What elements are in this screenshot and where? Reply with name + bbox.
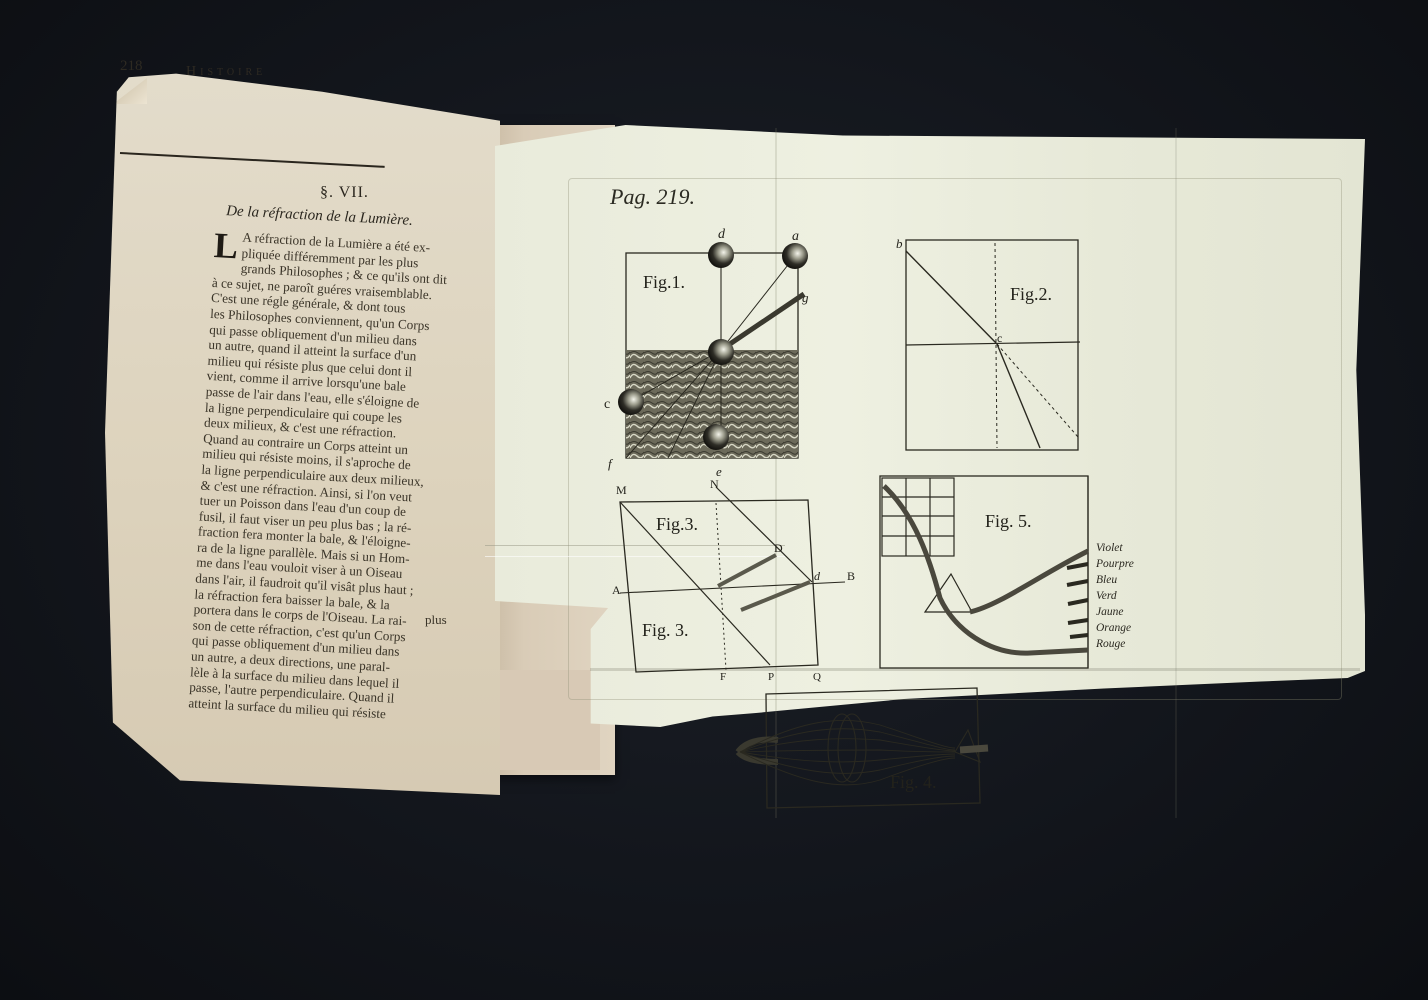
- plate-fold-line: [1175, 128, 1177, 818]
- svg-text:d: d: [718, 227, 726, 242]
- svg-text:g: g: [802, 290, 809, 305]
- svg-text:A: A: [612, 583, 621, 597]
- spectrum-label: Orange: [1096, 620, 1134, 636]
- spectrum-label: Pourpre: [1096, 556, 1134, 572]
- svg-text:D: D: [774, 541, 783, 555]
- svg-text:Q: Q: [813, 671, 821, 683]
- catchword: plus: [425, 612, 447, 628]
- body-text: L A réfraction de la Lumière a été ex- p…: [188, 228, 485, 726]
- drop-cap: L: [213, 230, 239, 261]
- section-heading: §. VII.: [320, 184, 369, 202]
- svg-text:a: a: [792, 229, 799, 244]
- figure-1: Fig.1. d a g c f e: [600, 225, 840, 485]
- spectrum-label: Rouge: [1096, 636, 1134, 652]
- spectrum-label: Violet: [1096, 540, 1134, 556]
- svg-text:P: P: [768, 671, 774, 683]
- fig3-label-top: Fig.3.: [656, 514, 698, 534]
- figure-4: Fig. 4.: [730, 685, 990, 815]
- svg-text:B: B: [847, 569, 855, 583]
- fig1-label: Fig.1.: [643, 272, 685, 292]
- svg-text:F: F: [720, 671, 726, 683]
- svg-text:b: b: [896, 236, 903, 251]
- fig2-label: Fig.2.: [1010, 284, 1052, 304]
- fig3-label-bottom: Fig. 3.: [642, 620, 689, 640]
- svg-text:N: N: [710, 477, 719, 491]
- spectrum-label: Verd: [1096, 588, 1134, 604]
- figure-3: Fig.3. Fig. 3. M N D d B A F P Q: [600, 475, 870, 685]
- plate-page-reference: Pag. 219.: [610, 184, 695, 210]
- svg-text:c: c: [604, 397, 610, 412]
- running-head: Histoire: [186, 64, 266, 80]
- spectrum-labels: Violet Pourpre Bleu Verd Jaune Orange Ro…: [1096, 540, 1134, 652]
- figure-5: Fig. 5.: [875, 470, 1095, 680]
- spectrum-label: Jaune: [1096, 604, 1134, 620]
- folded-corner: [113, 78, 147, 104]
- figure-2: Fig.2. b c: [890, 230, 1090, 460]
- page-number: 218: [120, 58, 143, 75]
- fig4-label: Fig. 4.: [890, 772, 937, 792]
- fig5-label: Fig. 5.: [985, 511, 1032, 531]
- photo-scene: 218 Histoire §. VII. De la réfraction de…: [0, 0, 1428, 1000]
- svg-text:f: f: [608, 456, 614, 471]
- svg-text:M: M: [616, 483, 627, 497]
- svg-text:c: c: [997, 331, 1002, 345]
- window-grid: [882, 478, 954, 556]
- spectrum-label: Bleu: [1096, 572, 1134, 588]
- svg-text:d: d: [814, 569, 821, 583]
